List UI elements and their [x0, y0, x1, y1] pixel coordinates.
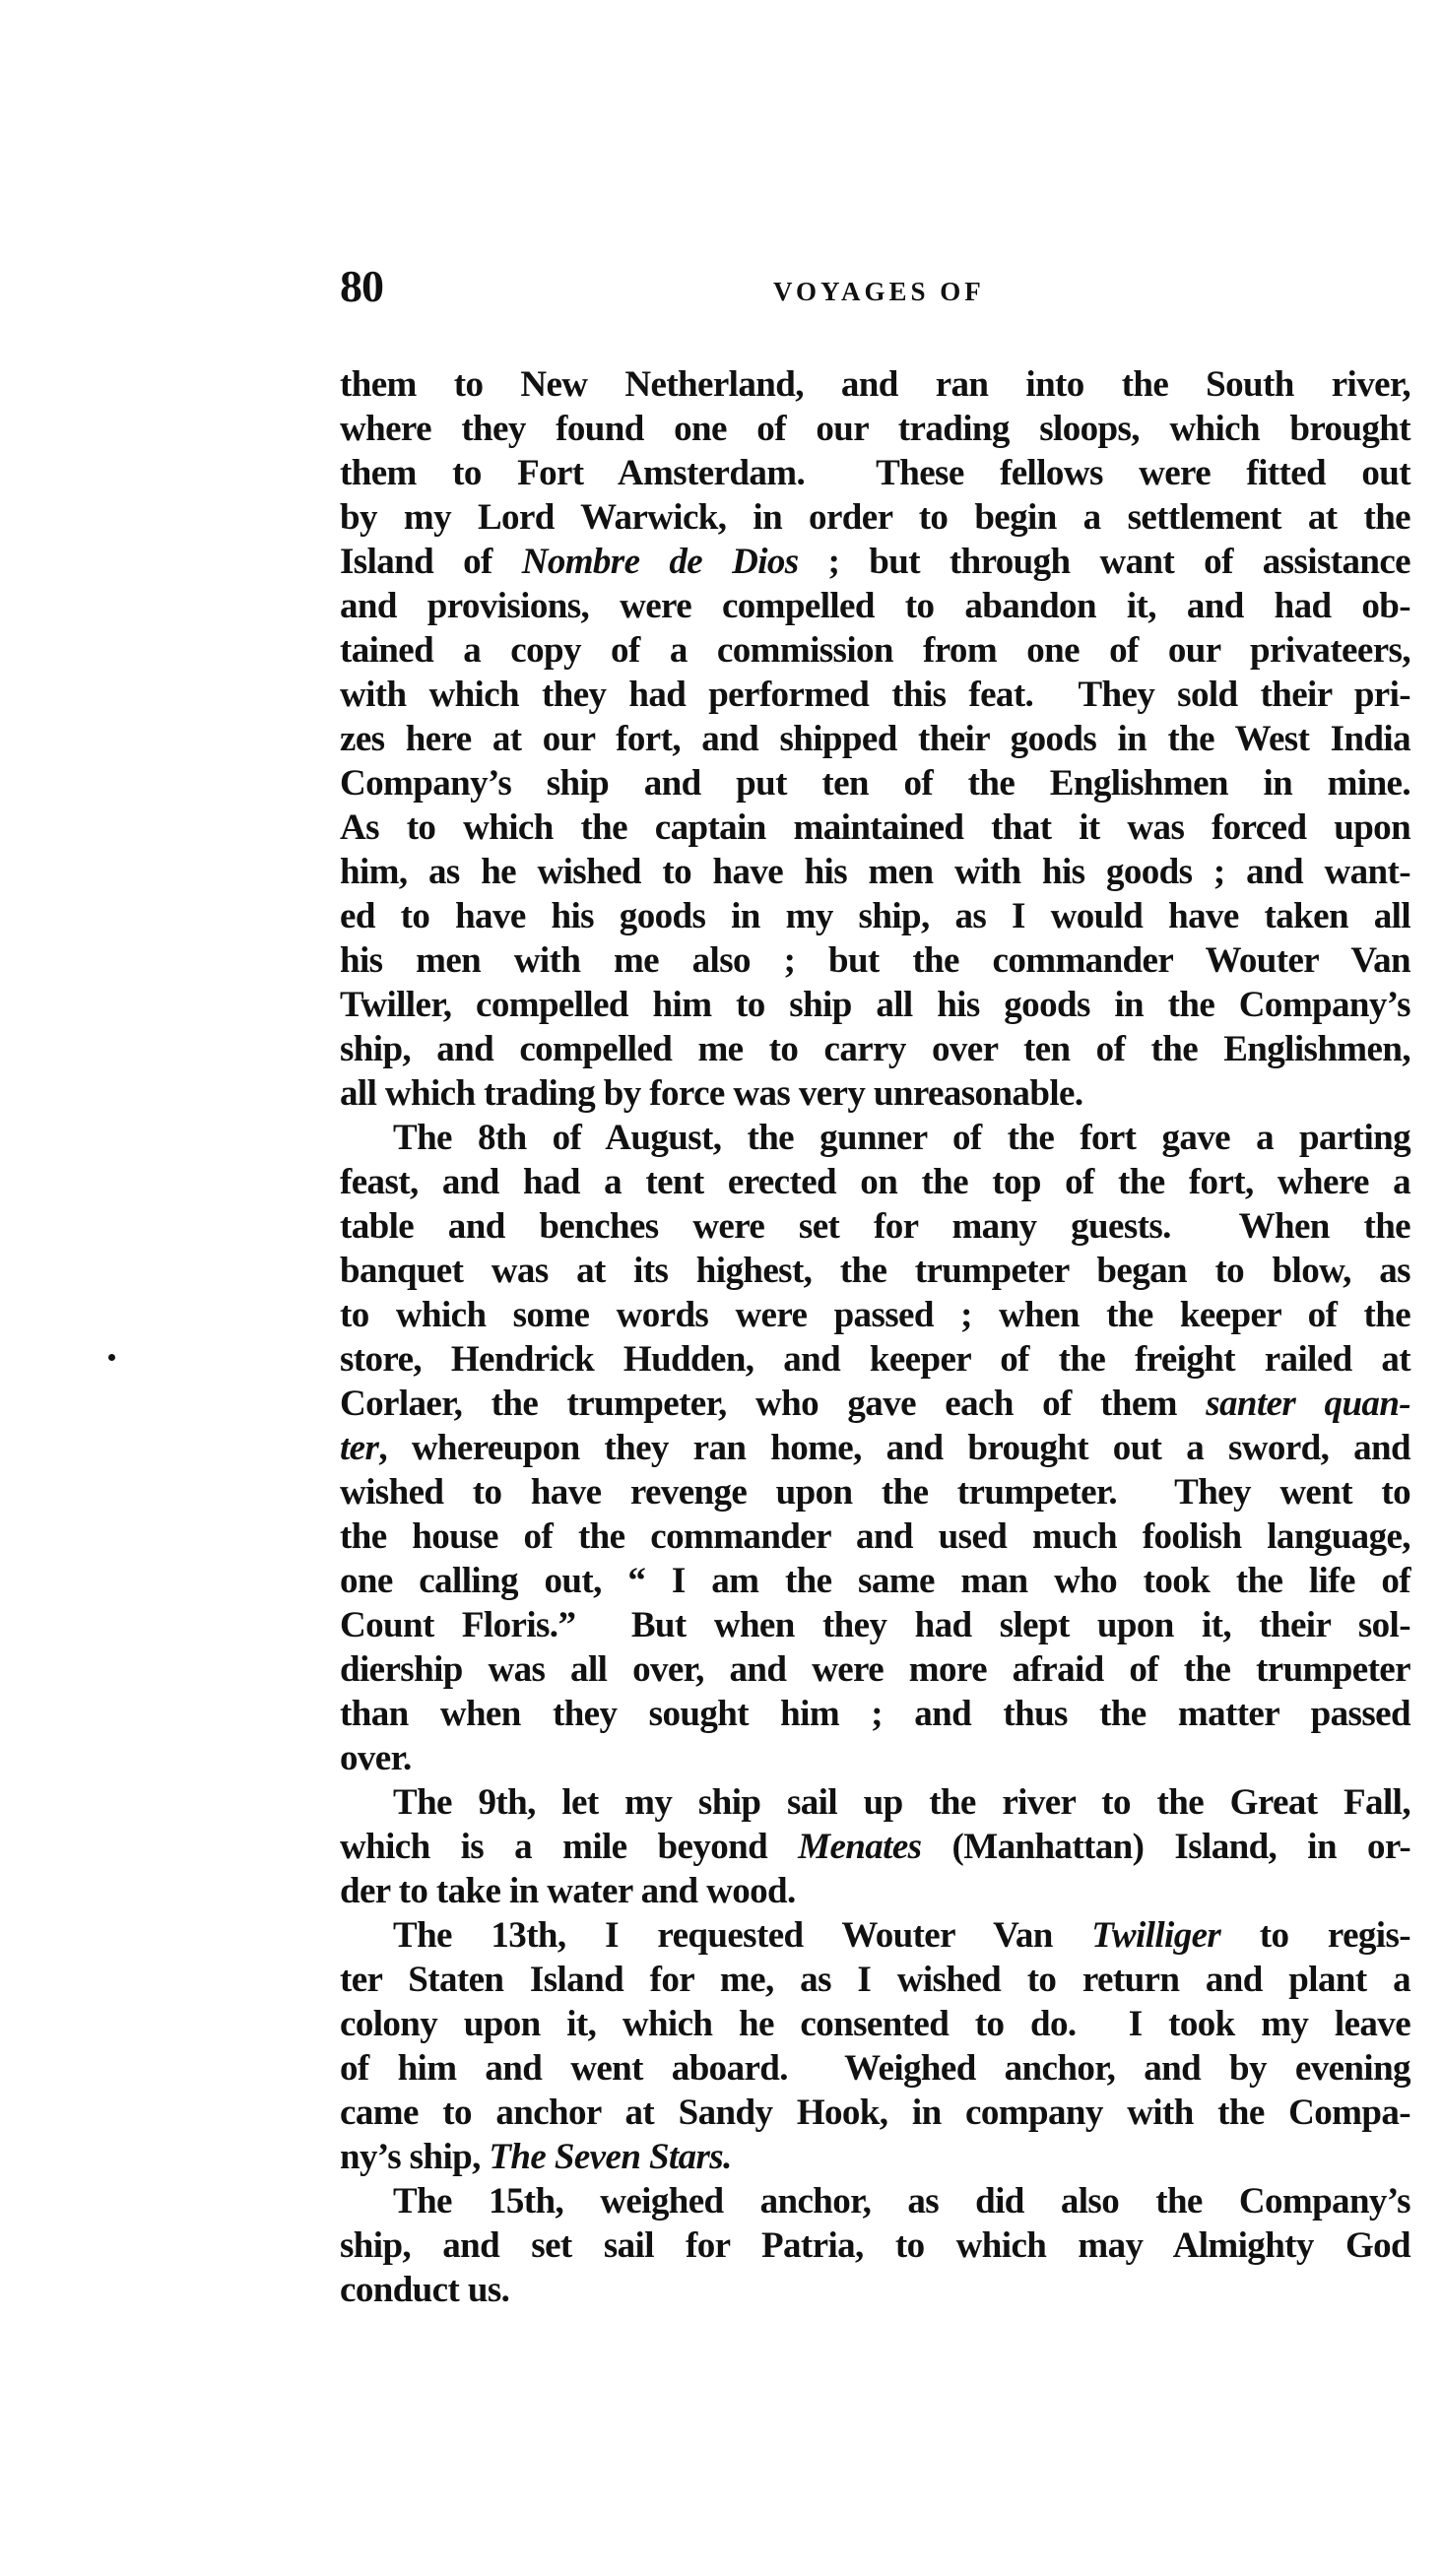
- text-line: ny’s ship, The Seven Stars.: [340, 2135, 1410, 2179]
- italic-text: Twilliger: [1091, 1915, 1220, 1956]
- text-segment: , whereupon they ran home, and brought o…: [378, 1428, 1410, 1468]
- text-segment: Island of: [340, 542, 522, 582]
- text-line: him, as he wished to have his men with h…: [340, 850, 1410, 894]
- text-segment: Count Floris.” But when they had slept u…: [340, 1605, 1410, 1645]
- text-segment: which is a mile beyond: [340, 1827, 798, 1867]
- text-line: der to take in water and wood.: [340, 1869, 1410, 1913]
- text-segment: by my Lord Warwick, in order to begin a …: [340, 497, 1410, 538]
- text-line: Company’s ship and put ten of the Englis…: [340, 761, 1410, 805]
- text-line: ed to have his goods in my ship, as I wo…: [340, 894, 1410, 938]
- text-segment: wished to have revenge upon the trumpete…: [340, 1472, 1410, 1513]
- text-segment: all which trading by force was very unre…: [340, 1073, 1082, 1114]
- paragraph-first-line: The 8th of August, the gunner of the for…: [340, 1116, 1410, 1160]
- text-segment: his men with me also ; but the commander…: [340, 940, 1410, 981]
- text-line: one calling out, “ I am the same man who…: [340, 1559, 1410, 1603]
- paragraph-first-line: The 9th, let my ship sail up the river t…: [340, 1780, 1410, 1825]
- text-line: wished to have revenge upon the trumpete…: [340, 1470, 1410, 1514]
- text-line: all which trading by force was very unre…: [340, 1071, 1410, 1116]
- text-line: table and benches were set for many gues…: [340, 1204, 1410, 1249]
- text-line: over.: [340, 1736, 1410, 1780]
- page-number: 80: [340, 262, 383, 311]
- text-segment: with which they had performed this feat.…: [340, 675, 1410, 715]
- text-segment: the house of the commander and used much…: [340, 1516, 1410, 1557]
- text-line: than when they sought him ; and thus the…: [340, 1692, 1410, 1736]
- italic-text: Nombre de Dios: [522, 542, 799, 582]
- text-line: ter, whereupon they ran home, and brough…: [340, 1426, 1410, 1470]
- text-segment: ; but through want of assistance: [799, 542, 1410, 582]
- text-line: where they found one of our trading sloo…: [340, 407, 1410, 451]
- text-line: to which some words were passed ; when t…: [340, 1293, 1410, 1337]
- text-segment: them to New Netherland, and ran into the…: [340, 364, 1410, 405]
- text-line: zes here at our fort, and shipped their …: [340, 717, 1410, 761]
- text-line: diership was all over, and were more afr…: [340, 1647, 1410, 1692]
- text-segment: der to take in water and wood.: [340, 1871, 796, 1911]
- text-segment: Twiller, compelled him to ship all his g…: [340, 985, 1410, 1025]
- text-segment: ny’s ship,: [340, 2137, 489, 2177]
- text-segment: ship, and compelled me to carry over ten…: [340, 1029, 1410, 1069]
- italic-text: Menates: [798, 1827, 921, 1867]
- text-line: which is a mile beyond Menates (Manhatta…: [340, 1825, 1410, 1869]
- text-line: ter Staten Island for me, as I wished to…: [340, 1958, 1410, 2002]
- text-segment: conduct us.: [340, 2270, 509, 2310]
- text-line: feast, and had a tent erected on the top…: [340, 1160, 1410, 1204]
- running-head: 80 VOYAGES OF: [340, 262, 1410, 311]
- text-line: and provisions, were compelled to abando…: [340, 584, 1410, 628]
- text-line: them to New Netherland, and ran into the…: [340, 362, 1410, 407]
- text-line: banquet was at its highest, the trumpete…: [340, 1249, 1410, 1293]
- text-segment: to regis-: [1220, 1915, 1410, 1956]
- text-line: by my Lord Warwick, in order to begin a …: [340, 495, 1410, 540]
- text-segment: (Manhattan) Island, in or-: [921, 1827, 1410, 1867]
- text-line: Island of Nombre de Dios ; but through w…: [340, 540, 1410, 584]
- text-line: came to anchor at Sandy Hook, in company…: [340, 2091, 1410, 2135]
- text-segment: colony upon it, which he consented to do…: [340, 2004, 1410, 2044]
- text-line: ship, and compelled me to carry over ten…: [340, 1027, 1410, 1071]
- text-segment: ed to have his goods in my ship, as I wo…: [340, 896, 1410, 936]
- text-segment: ship, and set sail for Patria, to which …: [340, 2225, 1410, 2266]
- italic-text: ter: [340, 1428, 378, 1468]
- text-segment: banquet was at its highest, the trumpete…: [340, 1251, 1410, 1291]
- text-segment: than when they sought him ; and thus the…: [340, 1694, 1410, 1734]
- book-page: 80 VOYAGES OF them to New Netherland, an…: [0, 0, 1442, 2576]
- text-line: As to which the captain maintained that …: [340, 805, 1410, 850]
- text-segment: The 9th, let my ship sail up the river t…: [393, 1782, 1410, 1823]
- paragraph-first-line: The 13th, I requested Wouter Van Twillig…: [340, 1913, 1410, 1958]
- text-line: Count Floris.” But when they had slept u…: [340, 1603, 1410, 1647]
- text-segment: where they found one of our trading sloo…: [340, 409, 1410, 449]
- text-line: with which they had performed this feat.…: [340, 673, 1410, 717]
- body-text: them to New Netherland, and ran into the…: [340, 362, 1410, 2312]
- text-segment: zes here at our fort, and shipped their …: [340, 719, 1410, 759]
- italic-text: The Seven Stars.: [489, 2137, 731, 2177]
- text-segment: over.: [340, 1738, 412, 1778]
- text-line: conduct us.: [340, 2268, 1410, 2312]
- text-line: of him and went aboard. Weighed anchor, …: [340, 2046, 1410, 2091]
- text-segment: one calling out, “ I am the same man who…: [340, 1561, 1410, 1601]
- text-segment: As to which the captain maintained that …: [340, 807, 1410, 848]
- text-segment: table and benches were set for many gues…: [340, 1206, 1410, 1247]
- text-line: Corlaer, the trumpeter, who gave each of…: [340, 1382, 1410, 1426]
- italic-text: santer quan-: [1206, 1384, 1410, 1424]
- text-line: tained a copy of a commission from one o…: [340, 628, 1410, 673]
- text-segment: The 8th of August, the gunner of the for…: [393, 1118, 1410, 1158]
- margin-dot-mark: [108, 1354, 115, 1361]
- text-segment: Corlaer, the trumpeter, who gave each of…: [340, 1384, 1206, 1424]
- paragraph-first-line: The 15th, weighed anchor, as did also th…: [340, 2179, 1410, 2223]
- text-segment: Company’s ship and put ten of the Englis…: [340, 763, 1410, 804]
- running-title: VOYAGES OF: [773, 274, 985, 309]
- text-line: the house of the commander and used much…: [340, 1514, 1410, 1559]
- text-segment: The 13th, I requested Wouter Van: [393, 1915, 1091, 1956]
- text-segment: to which some words were passed ; when t…: [340, 1295, 1410, 1335]
- text-segment: ter Staten Island for me, as I wished to…: [340, 1960, 1410, 2000]
- text-line: ship, and set sail for Patria, to which …: [340, 2223, 1410, 2268]
- text-segment: diership was all over, and were more afr…: [340, 1649, 1410, 1690]
- text-line: them to Fort Amsterdam. These fellows we…: [340, 451, 1410, 495]
- text-segment: him, as he wished to have his men with h…: [340, 852, 1410, 892]
- text-segment: The 15th, weighed anchor, as did also th…: [393, 2181, 1410, 2222]
- text-segment: feast, and had a tent erected on the top…: [340, 1162, 1410, 1202]
- text-segment: of him and went aboard. Weighed anchor, …: [340, 2048, 1410, 2089]
- text-segment: came to anchor at Sandy Hook, in company…: [340, 2093, 1410, 2133]
- text-segment: store, Hendrick Hudden, and keeper of th…: [340, 1339, 1410, 1380]
- text-line: colony upon it, which he consented to do…: [340, 2002, 1410, 2046]
- text-segment: them to Fort Amsterdam. These fellows we…: [340, 453, 1410, 493]
- text-line: store, Hendrick Hudden, and keeper of th…: [340, 1337, 1410, 1382]
- text-segment: tained a copy of a commission from one o…: [340, 630, 1410, 671]
- text-line: his men with me also ; but the commander…: [340, 938, 1410, 983]
- text-segment: and provisions, were compelled to abando…: [340, 586, 1410, 626]
- text-line: Twiller, compelled him to ship all his g…: [340, 983, 1410, 1027]
